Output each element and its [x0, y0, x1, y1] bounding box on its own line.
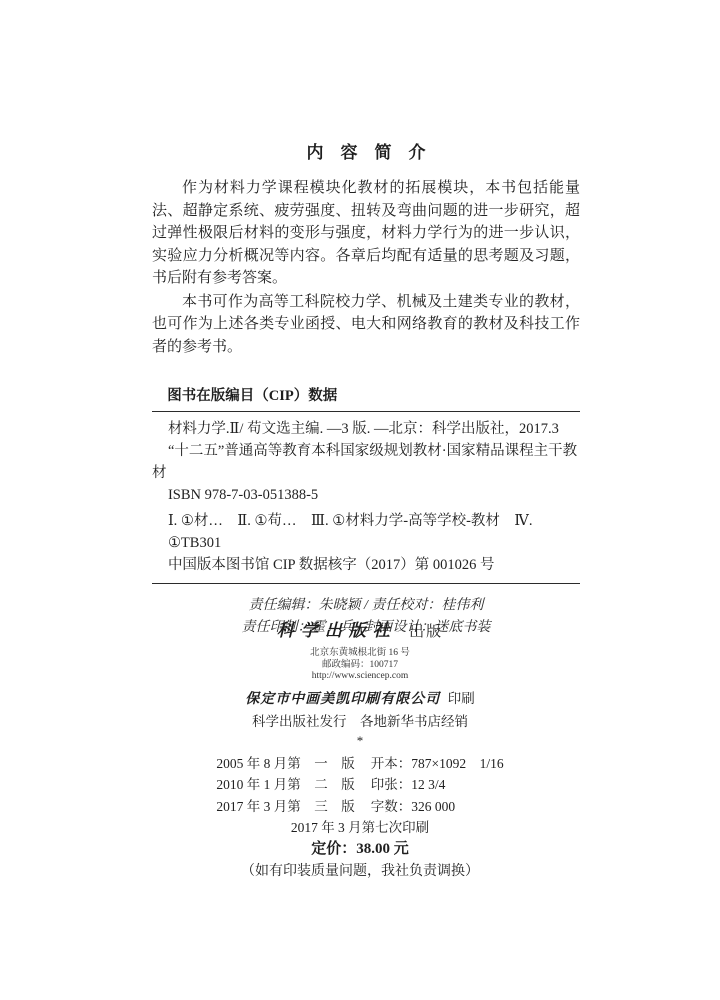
- publisher-line: 科学出版社 出版: [0, 620, 720, 643]
- cip-body: 材料力学.Ⅱ/ 苟文选主编. —3 版. —北京：科学出版社，2017.3 “十…: [152, 412, 580, 583]
- edition-1-date: 2005 年 8 月第 一 版: [216, 753, 354, 775]
- summary-title: 内 容 简 介: [152, 138, 580, 163]
- cip-isbn: ISBN 978-7-03-051388-5: [152, 484, 580, 506]
- edition-1-format: 开本：787×1092 1/16: [371, 753, 504, 775]
- printing-impression-line: 2017 年 3 月第七次印刷: [0, 817, 720, 838]
- printer-label: 印刷: [448, 691, 475, 706]
- edition-2-date: 2010 年 1 月第 二 版: [216, 774, 354, 796]
- cip-data-section: 图书在版编目（CIP）数据 材料力学.Ⅱ/ 苟文选主编. —3 版. —北京：科…: [152, 384, 580, 584]
- publish-label: 出版: [409, 624, 443, 640]
- edition-2-sheets: 印张：12 3/4: [371, 774, 504, 796]
- price-line: 定价：38.00 元: [0, 838, 720, 861]
- publisher-address: 北京东黄城根北街 16 号: [0, 648, 720, 660]
- credits-line-editor: 责任编辑：朱晓颖 / 责任校对：桂伟利: [152, 595, 580, 617]
- cip-record-number: 中国版本图书馆 CIP 数据核字（2017）第 001026 号: [152, 554, 580, 576]
- content-summary-section: 内 容 简 介 作为材料力学课程模块化教材的拓展模块，本书包括能量法、超静定系统…: [152, 138, 580, 358]
- publisher-postcode: 邮政编码：100717: [0, 660, 720, 672]
- cip-classification: Ⅰ. ①材… Ⅱ. ①苟… Ⅲ. ①材料力学-高等学校-教材 Ⅳ. ①TB301: [152, 510, 580, 554]
- cip-heading: 图书在版编目（CIP）数据: [152, 384, 580, 411]
- book-copyright-page: 内 容 简 介 作为材料力学课程模块化教材的拓展模块，本书包括能量法、超静定系统…: [0, 0, 720, 1000]
- cip-series-line: “十二五”普通高等教育本科国家级规划教材·国家精品课程主干教材: [152, 440, 580, 484]
- distribution-line: 科学出版社发行 各地新华书店经销: [0, 713, 720, 731]
- printer-line: 保定市中画美凯印刷有限公司 印刷: [0, 690, 720, 709]
- main-content: 内 容 简 介 作为材料力学课程模块化教材的拓展模块，本书包括能量法、超静定系统…: [152, 138, 580, 639]
- edition-table: 2005 年 8 月第 一 版 开本：787×1092 1/16 2010 年 …: [216, 753, 503, 818]
- edition-3-date: 2017 年 3 月第 三 版: [216, 796, 354, 818]
- cip-bottom-rule: [152, 583, 580, 584]
- separator-asterisk: *: [0, 734, 720, 748]
- publisher-logotype: 科学出版社: [277, 621, 397, 640]
- printer-name: 保定市中画美凯印刷有限公司: [245, 692, 440, 707]
- summary-paragraph-1: 作为材料力学课程模块化教材的拓展模块，本书包括能量法、超静定系统、疲劳强度、扭转…: [152, 177, 580, 290]
- quality-note: （如有印装质量问题，我社负责调换）: [0, 861, 720, 883]
- imprint-section: 科学出版社 出版 北京东黄城根北街 16 号 邮政编码：100717 http:…: [0, 620, 720, 883]
- summary-paragraph-2: 本书可作为高等工科院校力学、机械及土建类专业的教材，也可作为上述各类专业函授、电…: [152, 291, 580, 359]
- publisher-website: http://www.sciencep.com: [0, 671, 720, 683]
- cip-title-line: 材料力学.Ⅱ/ 苟文选主编. —3 版. —北京：科学出版社，2017.3: [152, 418, 580, 440]
- edition-3-wordcount: 字数：326 000: [371, 796, 504, 818]
